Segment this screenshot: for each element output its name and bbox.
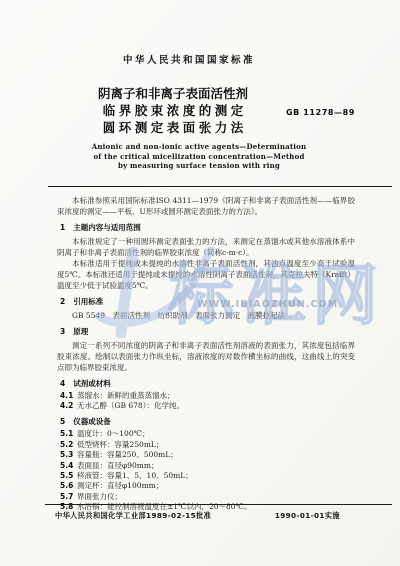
section-2-number: 2	[60, 297, 65, 306]
title-row: 阴离子和非离子表面活性剂 临界胶束浓度的测定 圆环测定表面张力法 GB 1127…	[0, 85, 400, 136]
item-5-5: 5.5移液管：容量1、5、10、50mL；	[60, 471, 400, 481]
footer-divider	[45, 504, 392, 505]
national-standard-header: 中华人民共和国国家标准	[0, 52, 378, 66]
intro-paragraph: 本标准参照采用国际标准ISO 4311—1979《阴离子和非离子表面活性剂——临…	[57, 195, 355, 217]
section-2-heading: 2引用标准	[60, 297, 400, 307]
item-5-2: 5.2低型烧杯：容量250mL；	[60, 440, 400, 450]
section-3-heading: 3原理	[60, 327, 400, 337]
section-1-title: 主题内容与适用范围	[73, 223, 141, 232]
document-body: 本标准参照采用国际标准ISO 4311—1979《阴离子和非离子表面活性剂——临…	[0, 195, 400, 513]
item-5-5-text: 移液管：容量1、5、10、50mL；	[77, 471, 193, 480]
section-2-title: 引用标准	[73, 297, 103, 306]
item-5-4-text: 表面皿：直径φ90mm；	[77, 461, 159, 470]
section-1-paragraph-2: 本标准适用于提纯或未提纯的水溶性非离子表面活性剂，其浊点温度至少高于试验温度5℃…	[57, 258, 355, 291]
item-5-4-number: 5.4	[60, 461, 77, 471]
item-5-3-text: 容量瓶：容量250、500mL；	[77, 450, 178, 459]
section-1-paragraph-1: 本标准规定了一种用圆环测定表面张力的方法，来测定在蒸馏水或其他水溶液体系中阴离子…	[57, 236, 355, 258]
footer: 中华人民共和国化学工业部1989-02-15批准 1990-01-01实施	[0, 504, 400, 521]
section-5-heading: 5仪器或设备	[60, 417, 400, 427]
section-3-title: 原理	[73, 327, 88, 336]
item-4-1-text: 蒸馏水：新鲜的重蒸蒸馏水；	[77, 391, 175, 400]
item-5-3-number: 5.3	[60, 450, 77, 460]
english-title-line-2: of the critical micellization concentrat…	[0, 152, 398, 162]
item-5-7-text: 界面张力仪；	[77, 492, 122, 501]
item-5-3: 5.3容量瓶：容量250、500mL；	[60, 450, 400, 460]
section-5-number: 5	[60, 417, 65, 426]
section-3-paragraph-1: 测定一系列不同浓度的阴离子和非离子表面活性剂溶液的表面张力，其浓度包括临界胶束浓…	[57, 340, 355, 373]
item-5-7-number: 5.7	[60, 492, 77, 502]
item-5-1: 5.1温度计：0～100℃；	[60, 429, 400, 439]
item-5-6-text: 测定杯：直径φ100mm；	[77, 481, 163, 490]
item-5-6: 5.6测定杯：直径φ100mm；	[60, 481, 400, 491]
section-4-heading: 4试剂或材料	[60, 379, 400, 389]
item-5-7: 5.7界面张力仪；	[60, 492, 400, 502]
item-5-5-number: 5.5	[60, 471, 77, 481]
english-title-line-3: by measuring surface tension with ring	[0, 161, 398, 171]
section-5-title: 仪器或设备	[73, 417, 111, 426]
item-4-1: 4.1蒸馏水：新鲜的重蒸蒸馏水；	[60, 391, 400, 401]
approval-note: 中华人民共和国化学工业部1989-02-15批准	[55, 511, 211, 521]
section-3-number: 3	[60, 327, 65, 336]
item-4-2-number: 4.2	[60, 401, 77, 411]
item-5-1-text: 温度计：0～100℃；	[77, 429, 149, 438]
header-divider	[48, 186, 392, 187]
item-4-2-text: 无水乙醇（GB 678）：化学纯。	[77, 401, 184, 410]
reference-standard-line: GB 5549 表面活性剂 纺织助剂 表面张力测定 液膜拉起法	[72, 310, 357, 321]
standard-document-page: 标准网 WWW.IBIAOZHUN.COM 中华人民共和国国家标准 阴离子和非离…	[0, 0, 400, 566]
footer-row: 中华人民共和国化学工业部1989-02-15批准 1990-01-01实施	[55, 511, 340, 521]
section-4-items: 4.1蒸馏水：新鲜的重蒸蒸馏水； 4.2无水乙醇（GB 678）：化学纯。	[0, 391, 400, 412]
item-4-1-number: 4.1	[60, 391, 77, 401]
item-5-6-number: 5.6	[60, 481, 77, 491]
english-title: Anionic and non-ionic active agents—Dete…	[0, 142, 398, 171]
item-4-2: 4.2无水乙醇（GB 678）：化学纯。	[60, 401, 400, 411]
title-line-1: 阴离子和非离子表面活性剂	[0, 85, 346, 102]
section-5-items: 5.1温度计：0～100℃； 5.2低型烧杯：容量250mL； 5.3容量瓶：容…	[0, 429, 400, 512]
implementation-date: 1990-01-01实施	[275, 511, 340, 521]
section-4-number: 4	[60, 379, 65, 388]
item-5-2-number: 5.2	[60, 440, 77, 450]
section-1-heading: 1主题内容与适用范围	[60, 223, 400, 233]
english-title-line-1: Anionic and non-ionic active agents—Dete…	[0, 142, 398, 152]
section-1-number: 1	[60, 223, 65, 232]
title-line-3: 圆环测定表面张力法	[0, 119, 346, 136]
standard-number: GB 11278—89	[286, 108, 355, 117]
section-4-title: 试剂或材料	[73, 379, 111, 388]
item-5-2-text: 低型烧杯：容量250mL；	[77, 440, 163, 449]
item-5-1-number: 5.1	[60, 429, 77, 439]
item-5-4: 5.4表面皿：直径φ90mm；	[60, 461, 400, 471]
